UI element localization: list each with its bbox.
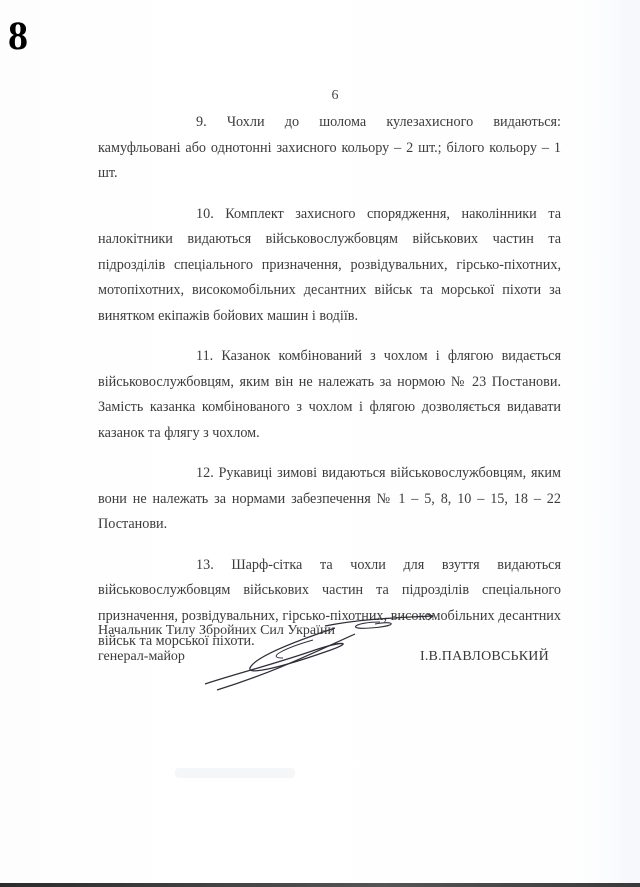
paragraph-10: 10. Комплект захисного спорядження, нако… <box>98 202 561 330</box>
paragraph-11: 11. Казанок комбінований з чохлом і фляг… <box>98 344 561 446</box>
paragraph-9: 9. Чохли до шолома кулезахисного видають… <box>98 110 561 187</box>
paragraph-12: 12. Рукавиці зимові видаються військовос… <box>98 461 561 538</box>
document-page-number: 6 <box>0 88 640 104</box>
faint-bleedthrough <box>175 768 295 778</box>
handwritten-signature <box>195 612 435 692</box>
document-body: 9. Чохли до шолома кулезахисного видають… <box>98 110 561 655</box>
signatory-name: І.В.ПАВЛОВСЬКИЙ <box>420 644 549 670</box>
document-page: 8 6 9. Чохли до шолома кулезахисного вид… <box>0 0 640 883</box>
bottom-edge <box>0 883 640 887</box>
page-edge-shadow <box>621 0 640 883</box>
image-index-badge: 8 <box>8 16 28 56</box>
